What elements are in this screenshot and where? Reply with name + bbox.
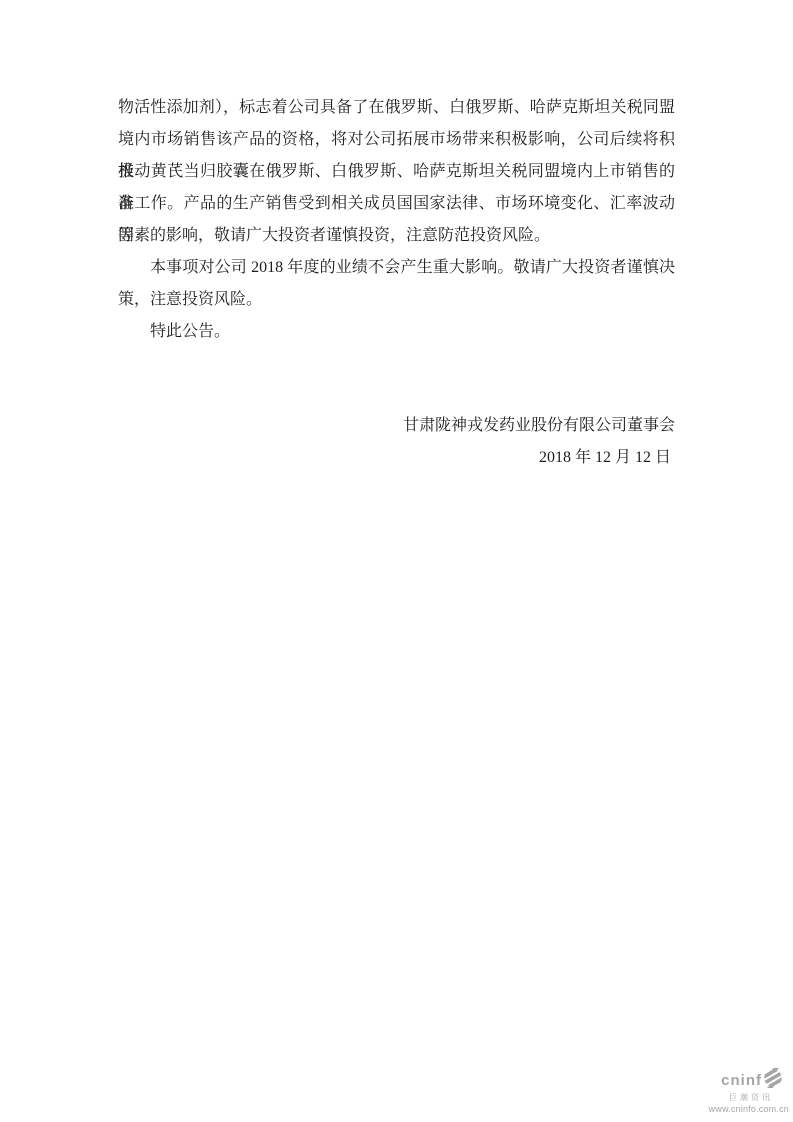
cninfo-caption: 巨潮资讯 xyxy=(709,1094,789,1102)
body-line: 因素的影响，敬请广大投资者谨慎投资，注意防范投资风险。 xyxy=(118,220,675,252)
body-line: 境内市场销售该产品的资格，将对公司拓展市场带来积极影响，公司后续将积极 xyxy=(118,124,675,156)
signature-company: 甘肃陇神戎发药业股份有限公司董事会 xyxy=(118,410,675,442)
body-line: 策，注意投资风险。 xyxy=(118,284,675,316)
cninfo-swirl-icon xyxy=(763,1068,783,1092)
body-line: 本事项对公司 2018 年度的业绩不会产生重大影响。敬请广大投资者谨慎决 xyxy=(118,252,675,284)
body-line: 物活性添加剂），标志着公司具备了在俄罗斯、白俄罗斯、哈萨克斯坦关税同盟 xyxy=(118,92,675,124)
cninfo-brand-text: cninf xyxy=(721,1073,762,1088)
document-body: 物活性添加剂），标志着公司具备了在俄罗斯、白俄罗斯、哈萨克斯坦关税同盟 境内市场… xyxy=(118,92,675,474)
signature-block: 甘肃陇神戎发药业股份有限公司董事会 2018 年 12 月 12 日 xyxy=(118,410,675,474)
body-line: 推动黄芪当归胶囊在俄罗斯、白俄罗斯、哈萨克斯坦关税同盟境内上市销售的准 xyxy=(118,156,675,188)
body-line: 特此公告。 xyxy=(118,316,675,348)
document-page: 物活性添加剂），标志着公司具备了在俄罗斯、白俄罗斯、哈萨克斯坦关税同盟 境内市场… xyxy=(0,0,793,1122)
cninfo-watermark: cninf 巨潮资讯 xyxy=(709,1068,789,1114)
cninfo-url: www.cninfo.com.cn xyxy=(709,1105,789,1114)
signature-date: 2018 年 12 月 12 日 xyxy=(118,442,675,474)
body-line: 备工作。产品的生产销售受到相关成员国国家法律、市场环境变化、汇率波动等 xyxy=(118,188,675,220)
